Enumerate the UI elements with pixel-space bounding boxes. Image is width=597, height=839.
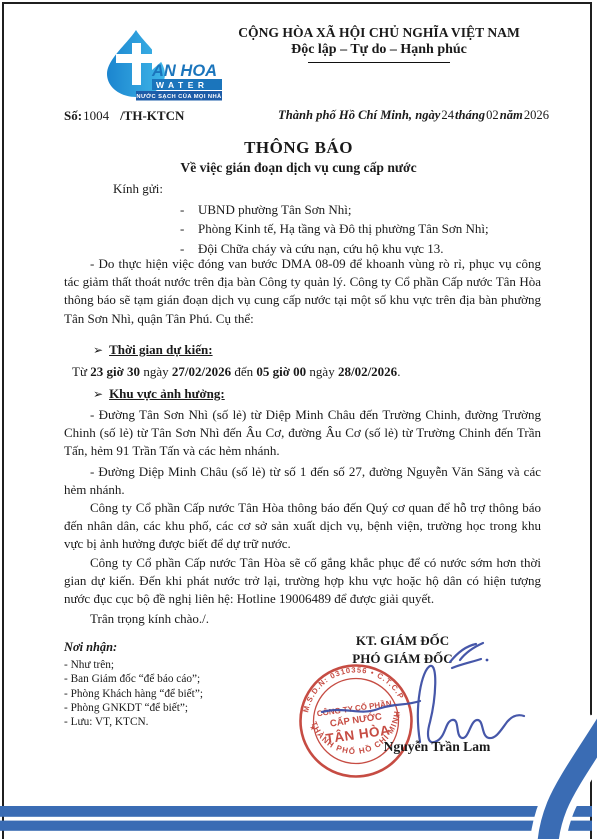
distribution-item: - Lưu: VT, KTCN. — [64, 715, 203, 729]
national-title: CỘNG HÒA XÃ HỘI CHỦ NGHĨA VIỆT NAM — [212, 24, 546, 41]
distribution-list: Nơi nhận: - Như trên; - Ban Giám đốc “để… — [64, 640, 203, 729]
intro-paragraph: - Do thực hiện việc đóng van bước DMA 08… — [64, 255, 541, 328]
affected-area-paragraph-1: - Đường Tân Sơn Nhì (số lẻ) từ Diệp Minh… — [64, 406, 541, 461]
time-range-line: Từ 23 giờ 30 ngày 27/02/2026 đến 05 giờ … — [64, 363, 541, 381]
place-date-month: 02 — [486, 108, 499, 122]
section-heading-area: ➢Khu vực ảnh hưởng: — [64, 384, 541, 404]
recipient-text: Phòng Kinh tế, Hạ tầng và Đô thị phường … — [198, 219, 489, 238]
section-heading-area-text: Khu vực ảnh hưởng: — [109, 386, 225, 401]
recipient-item: - UBND phường Tân Sơn Nhì; — [180, 200, 489, 219]
logo-brand-text: AN HOA — [151, 62, 217, 80]
affected-area-paragraph-2: - Đường Diệp Minh Châu (số lẻ) từ số 1 đ… — [64, 463, 541, 499]
company-logo: AN HOA WATER NƯỚC SẠCH CỦA MỌI NHÀ — [102, 29, 226, 101]
national-motto: Độc lập – Tự do – Hạnh phúc — [212, 41, 546, 59]
signer-name: Nguyễn Trần Lam — [352, 739, 522, 755]
doc-number-label: Số: — [64, 108, 82, 123]
distribution-item: - Phòng Khách hàng “để biết”; — [64, 687, 203, 701]
distribution-item: - Phòng GNKDT “để biết”; — [64, 701, 203, 715]
dash-bullet: - — [180, 219, 198, 238]
place-date-day: 24 — [441, 108, 454, 122]
section-heading-time: ➢Thời gian dự kiến: — [64, 340, 541, 360]
logo-tagline: NƯỚC SẠCH CỦA MỌI NHÀ — [136, 92, 222, 100]
logo-water-text: WATER — [156, 80, 209, 90]
distribution-item: - Như trên; — [64, 658, 203, 672]
place-date-place: Thành phố Hồ Chí Minh, ngày — [278, 108, 440, 122]
place-date-nam: năm — [500, 108, 523, 122]
time-seg: ngày — [140, 364, 172, 379]
document-title: THÔNG BÁO — [0, 138, 597, 158]
closing-line: Trân trọng kính chào./. — [64, 610, 541, 628]
recipient-list: - UBND phường Tân Sơn Nhì; - Phòng Kinh … — [180, 200, 489, 258]
place-date-thang: tháng — [455, 108, 485, 122]
salutation-label: Kính gửi: — [113, 181, 163, 197]
date-end: 28/02/2026 — [338, 364, 397, 379]
doc-number-value: 1004 — [83, 108, 109, 123]
time-seg: đến — [231, 364, 256, 379]
date-start: 27/02/2026 — [172, 364, 231, 379]
arrow-bullet-icon: ➢ — [93, 343, 103, 357]
doc-number-line: Số:1004/TH-KTCN — [64, 108, 184, 124]
time-seg: Từ — [72, 364, 90, 379]
distribution-item: - Ban Giám đốc “để báo cáo”; — [64, 672, 203, 686]
time-seg: . — [397, 364, 400, 379]
notify-paragraph: Công ty Cổ phần Cấp nước Tân Hòa thông b… — [64, 499, 541, 554]
place-date-line: Thành phố Hồ Chí Minh, ngày24tháng02năm2… — [278, 108, 550, 123]
national-header-block: CỘNG HÒA XÃ HỘI CHỦ NGHĨA VIỆT NAM Độc l… — [212, 24, 546, 63]
recipient-item: - Phòng Kinh tế, Hạ tầng và Đô thị phườn… — [180, 219, 489, 238]
doc-number-suffix: /TH-KTCN — [120, 108, 184, 123]
time-seg: ngày — [306, 364, 338, 379]
distribution-label: Nơi nhận: — [64, 640, 203, 655]
time-end: 05 giờ 00 — [256, 364, 306, 379]
place-date-year: 2026 — [524, 108, 549, 122]
arrow-bullet-icon: ➢ — [93, 387, 103, 401]
dash-bullet: - — [180, 200, 198, 219]
section-heading-time-text: Thời gian dự kiến: — [109, 342, 213, 357]
hotline-paragraph: Công ty Cổ phần Cấp nước Tân Hòa sẽ cố g… — [64, 554, 541, 609]
motto-underline — [308, 62, 450, 63]
document-subtitle: Về việc gián đoạn dịch vụ cung cấp nước — [0, 160, 597, 176]
document-page: AN HOA WATER NƯỚC SẠCH CỦA MỌI NHÀ CỘNG … — [0, 0, 597, 839]
recipient-text: UBND phường Tân Sơn Nhì; — [198, 200, 351, 219]
time-start: 23 giờ 30 — [90, 364, 140, 379]
document-body: - Do thực hiện việc đóng van bước DMA 08… — [64, 255, 541, 628]
